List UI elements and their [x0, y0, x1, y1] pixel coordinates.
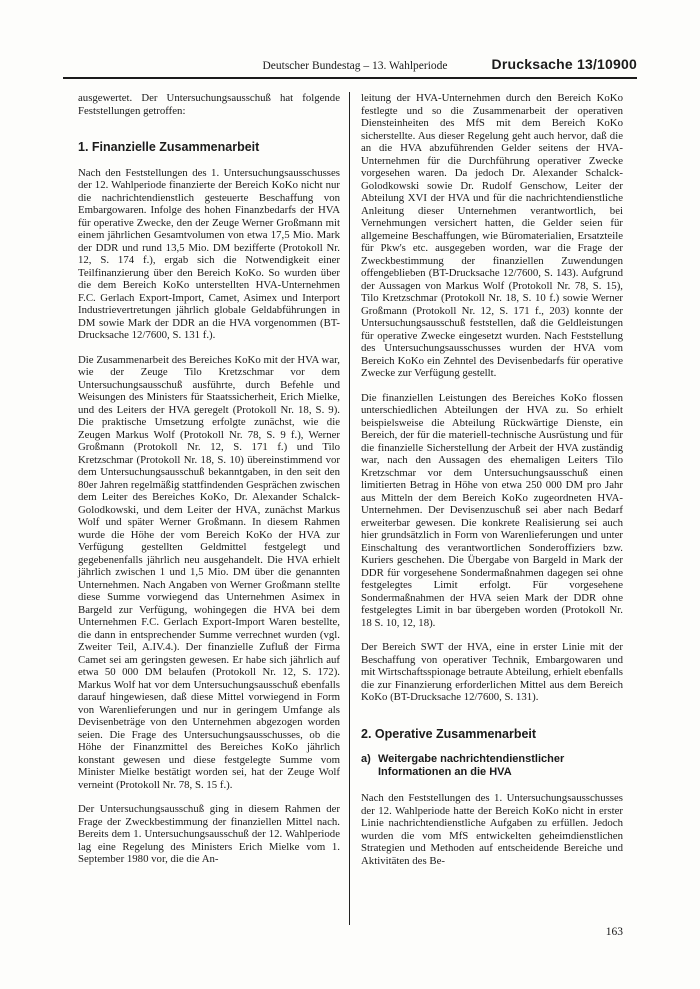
text-columns: ausgewertet. Der Untersuchungsausschuß h… — [78, 92, 623, 925]
paragraph: Nach den Feststellungen des 1. Untersuch… — [361, 792, 623, 867]
column-left: ausgewertet. Der Untersuchungsausschuß h… — [78, 92, 340, 925]
header-rule — [63, 77, 637, 79]
header-parliament-label: Deutscher Bundestag – 13. Wahlperiode — [262, 60, 447, 72]
page-header: Deutscher Bundestag – 13. Wahlperiode Dr… — [63, 56, 637, 72]
paragraph: leitung der HVA-Unternehmen durch den Be… — [361, 92, 623, 380]
section-heading-1: 1. Finanzielle Zusammenarbeit — [78, 141, 340, 154]
paragraph-intro: ausgewertet. Der Untersuchungsausschuß h… — [78, 92, 340, 117]
subsection-title: Weitergabe nachrichtendienstlicher Infor… — [378, 753, 583, 779]
paragraph: Der Untersuchungsausschuß ging in diesem… — [78, 803, 340, 866]
section-heading-2: 2. Operative Zusammenarbeit — [361, 728, 623, 741]
subsection-heading-a: a) Weitergabe nachrichtendienstlicher In… — [361, 753, 623, 779]
paragraph: Die finanziellen Leistungen des Bereiche… — [361, 392, 623, 630]
column-right: leitung der HVA-Unternehmen durch den Be… — [361, 92, 623, 925]
document-page: Deutscher Bundestag – 13. Wahlperiode Dr… — [0, 0, 700, 989]
paragraph: Der Bereich SWT der HVA, eine in erster … — [361, 641, 623, 704]
subsection-label: a) — [361, 753, 378, 779]
paragraph: Die Zusammenarbeit des Bereiches KoKo mi… — [78, 354, 340, 792]
header-drucksache-number: Drucksache 13/10900 — [492, 56, 637, 72]
paragraph: Nach den Feststellungen des 1. Untersuch… — [78, 167, 340, 342]
page-number: 163 — [606, 926, 623, 938]
column-divider-rule — [349, 92, 350, 925]
